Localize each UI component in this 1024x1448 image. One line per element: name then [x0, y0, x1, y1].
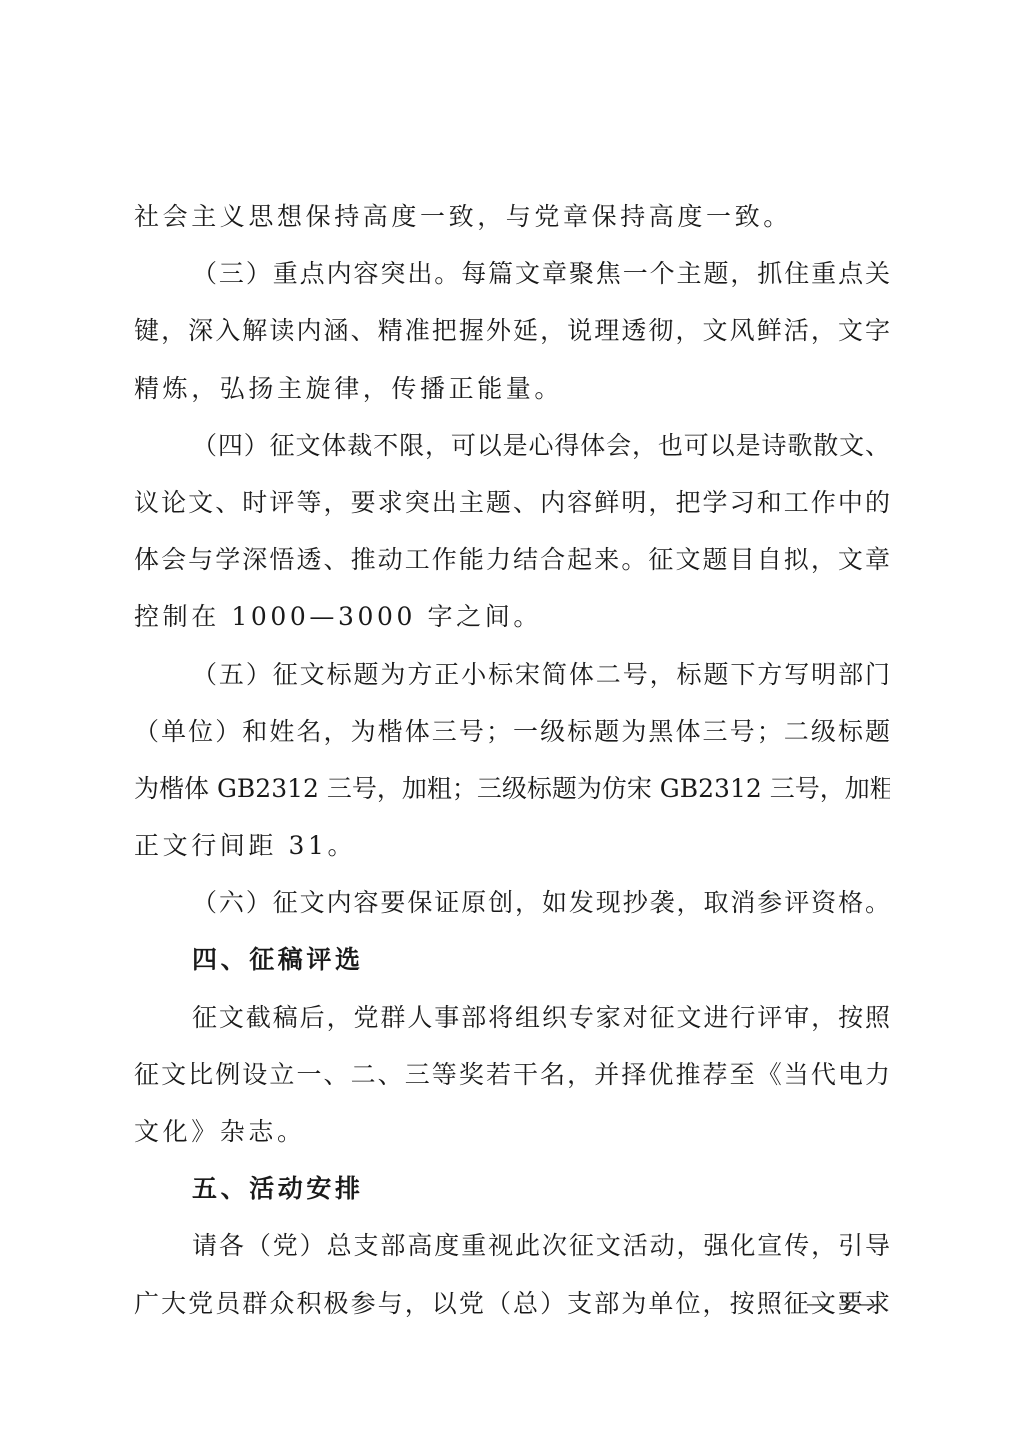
text-line: 请各（党）总支部高度重视此次征文活动，强化宣传，引导 — [134, 1217, 890, 1274]
text-line: （六）征文内容要保证原创，如发现抄袭，取消参评资格。 — [134, 874, 890, 931]
text-line: 正文行间距 31。 — [134, 817, 890, 874]
section-heading: 五、活动安排 — [134, 1160, 890, 1217]
text-line: （三）重点内容突出。每篇文章聚焦一个主题，抓住重点关 — [134, 245, 890, 302]
text-line: 征文截稿后，党群人事部将组织专家对征文进行评审，按照 — [134, 989, 890, 1046]
section-heading: 四、征稿评选 — [134, 931, 890, 988]
text-line: 议论文、时评等，要求突出主题、内容鲜明，把学习和工作中的 — [134, 474, 890, 531]
text-line: 社会主义思想保持高度一致，与党章保持高度一致。 — [134, 188, 890, 245]
text-line: 体会与学深悟透、推动工作能力结合起来。征文题目自拟，文章 — [134, 531, 890, 588]
page-number: — 3 — — [800, 1290, 890, 1316]
document-body: 社会主义思想保持高度一致，与党章保持高度一致。（三）重点内容突出。每篇文章聚焦一… — [134, 188, 890, 1332]
text-line: 文化》杂志。 — [134, 1103, 890, 1160]
document-page: 社会主义思想保持高度一致，与党章保持高度一致。（三）重点内容突出。每篇文章聚焦一… — [0, 0, 1024, 1448]
text-line: 键，深入解读内涵、精准把握外延，说理透彻，文风鲜活，文字 — [134, 302, 890, 359]
text-line: 精炼，弘扬主旋律，传播正能量。 — [134, 360, 890, 417]
text-line: 征文比例设立一、二、三等奖若干名，并择优推荐至《当代电力 — [134, 1046, 890, 1103]
text-line: （五）征文标题为方正小标宋简体二号，标题下方写明部门 — [134, 646, 890, 703]
text-line: 控制在 1000—3000 字之间。 — [134, 588, 890, 645]
text-line: 为楷体 GB2312 三号，加粗；三级标题为仿宋 GB2312 三号，加粗； — [134, 760, 890, 817]
text-line: （四）征文体裁不限，可以是心得体会，也可以是诗歌散文、 — [134, 417, 890, 474]
text-line: （单位）和姓名，为楷体三号；一级标题为黑体三号；二级标题 — [134, 703, 890, 760]
text-line: 广大党员群众积极参与，以党（总）支部为单位，按照征文要求 — [134, 1275, 890, 1332]
